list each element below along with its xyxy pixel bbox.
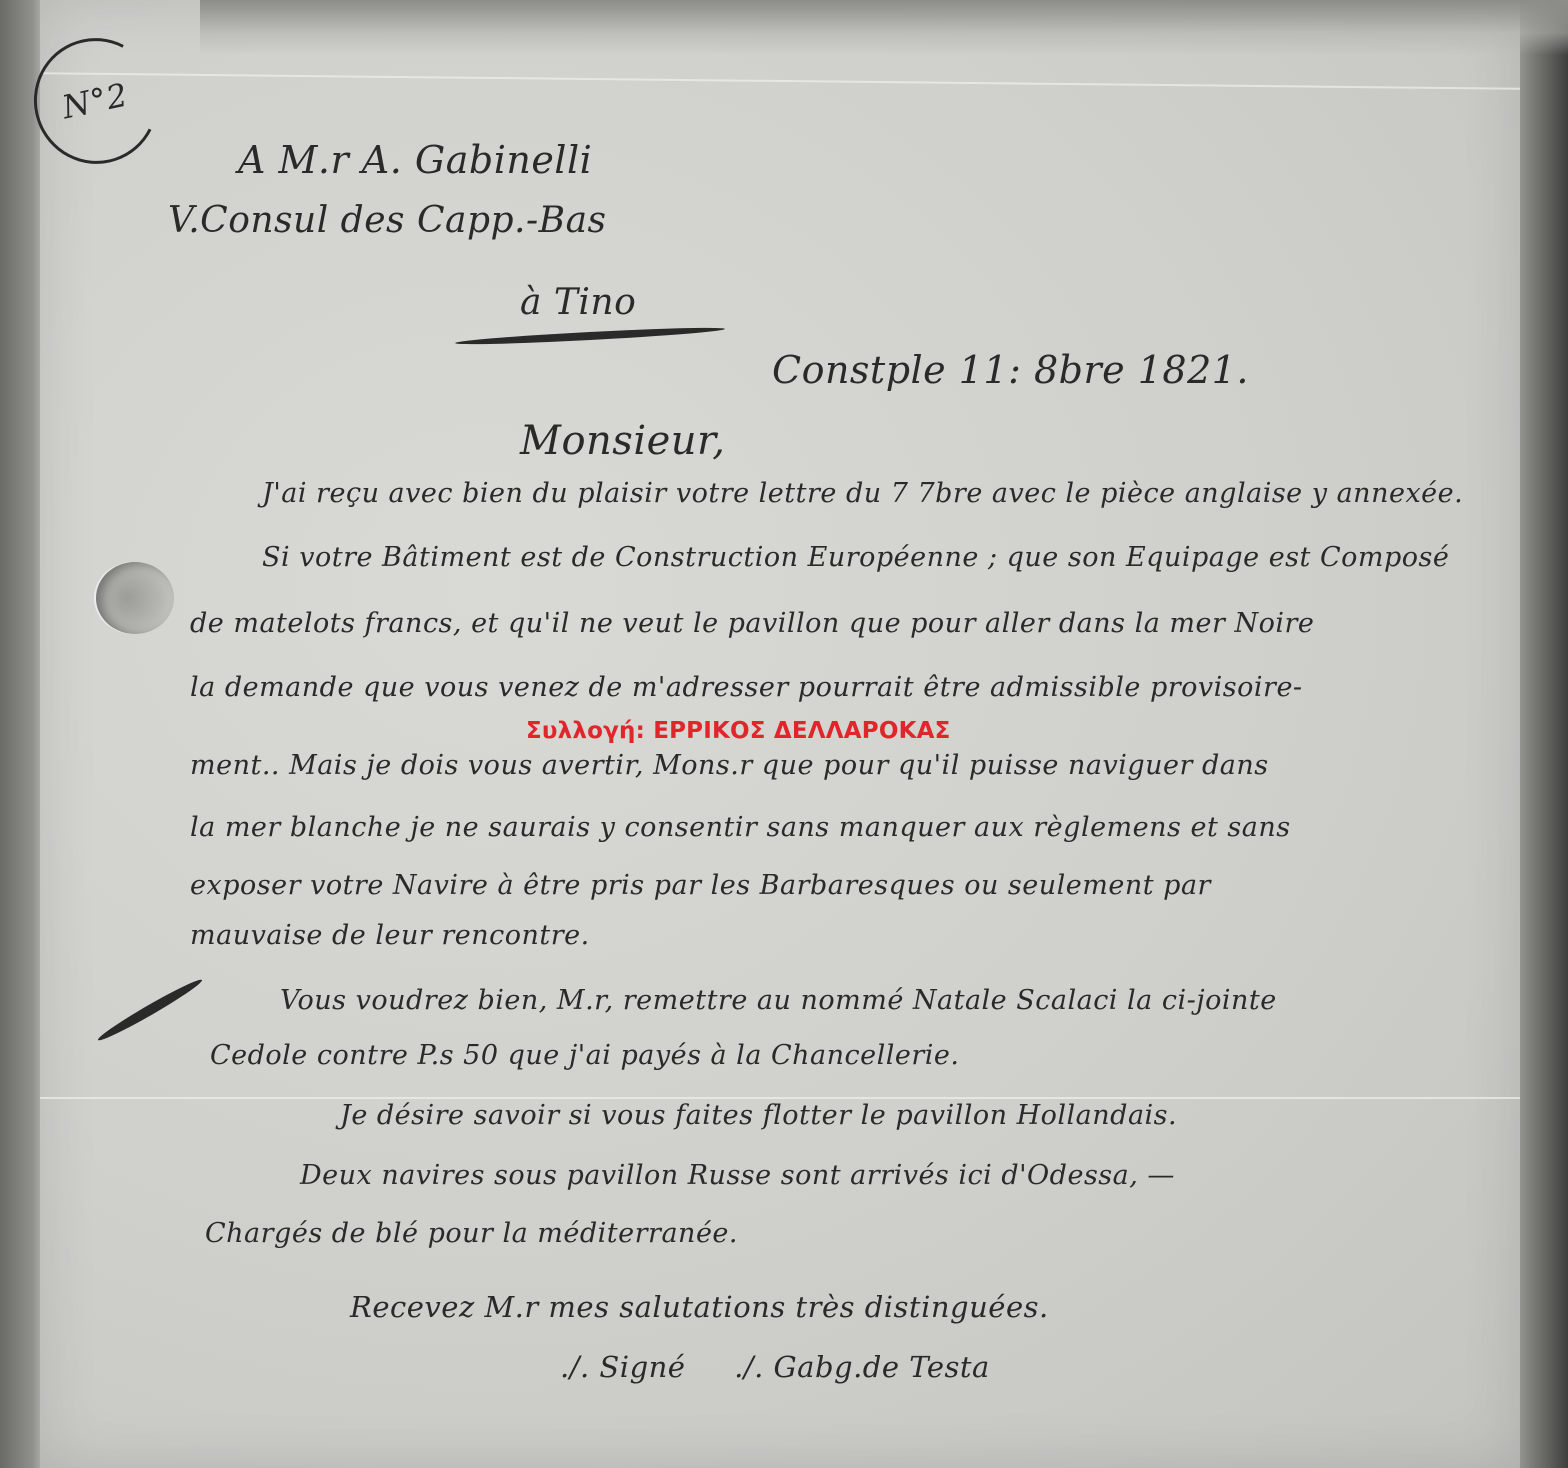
address-line-1: A M.r A. Gabinelli <box>238 138 592 182</box>
dateline: Constple 11: 8bre 1821. <box>772 348 1249 392</box>
address-line-3: à Tino <box>520 282 636 323</box>
signature-name: ./. Gabg.de Testa <box>734 1350 990 1384</box>
body-line: Si votre Bâtiment est de Construction Eu… <box>262 542 1449 573</box>
body-line: exposer votre Navire à être pris par les… <box>190 870 1211 901</box>
signature-signed: ./. Signé <box>560 1350 685 1384</box>
body-line: la demande que vous venez de m'adresser … <box>190 672 1303 703</box>
closing: Recevez M.r mes salutations très disting… <box>350 1290 1049 1324</box>
paper-top-shadow <box>200 0 1568 55</box>
body-line: Chargés de blé pour la méditerranée. <box>205 1218 738 1249</box>
hole-punch <box>96 562 174 634</box>
collection-watermark: Συλλογή: ΕΡΡΙΚΟΣ ΔΕΛΛΑΡΟΚΑΣ <box>526 718 951 744</box>
body-line: Je désire savoir si vous faites flotter … <box>340 1100 1177 1131</box>
body-line: Deux navires sous pavillon Russe sont ar… <box>300 1160 1175 1191</box>
fold-line <box>40 1097 1520 1099</box>
body-line: la mer blanche je ne saurais y consentir… <box>190 812 1291 843</box>
body-line: J'ai reçu avec bien du plaisir votre let… <box>262 478 1463 509</box>
body-line: Cedole contre P.s 50 que j'ai payés à la… <box>210 1040 960 1071</box>
body-line: ment.. Mais je dois vous avertir, Mons.r… <box>190 750 1269 781</box>
signature-line: ./. Signé ./. Gabg.de Testa <box>560 1350 990 1384</box>
address-line-2: V.Consul des Capp.-Bas <box>168 200 607 241</box>
body-line: Vous voudrez bien, M.r, remettre au nomm… <box>280 985 1277 1016</box>
body-line: mauvaise de leur rencontre. <box>190 920 590 951</box>
salutation: Monsieur, <box>520 418 726 464</box>
body-line: de matelots francs, et qu'il ne veut le … <box>190 608 1314 639</box>
